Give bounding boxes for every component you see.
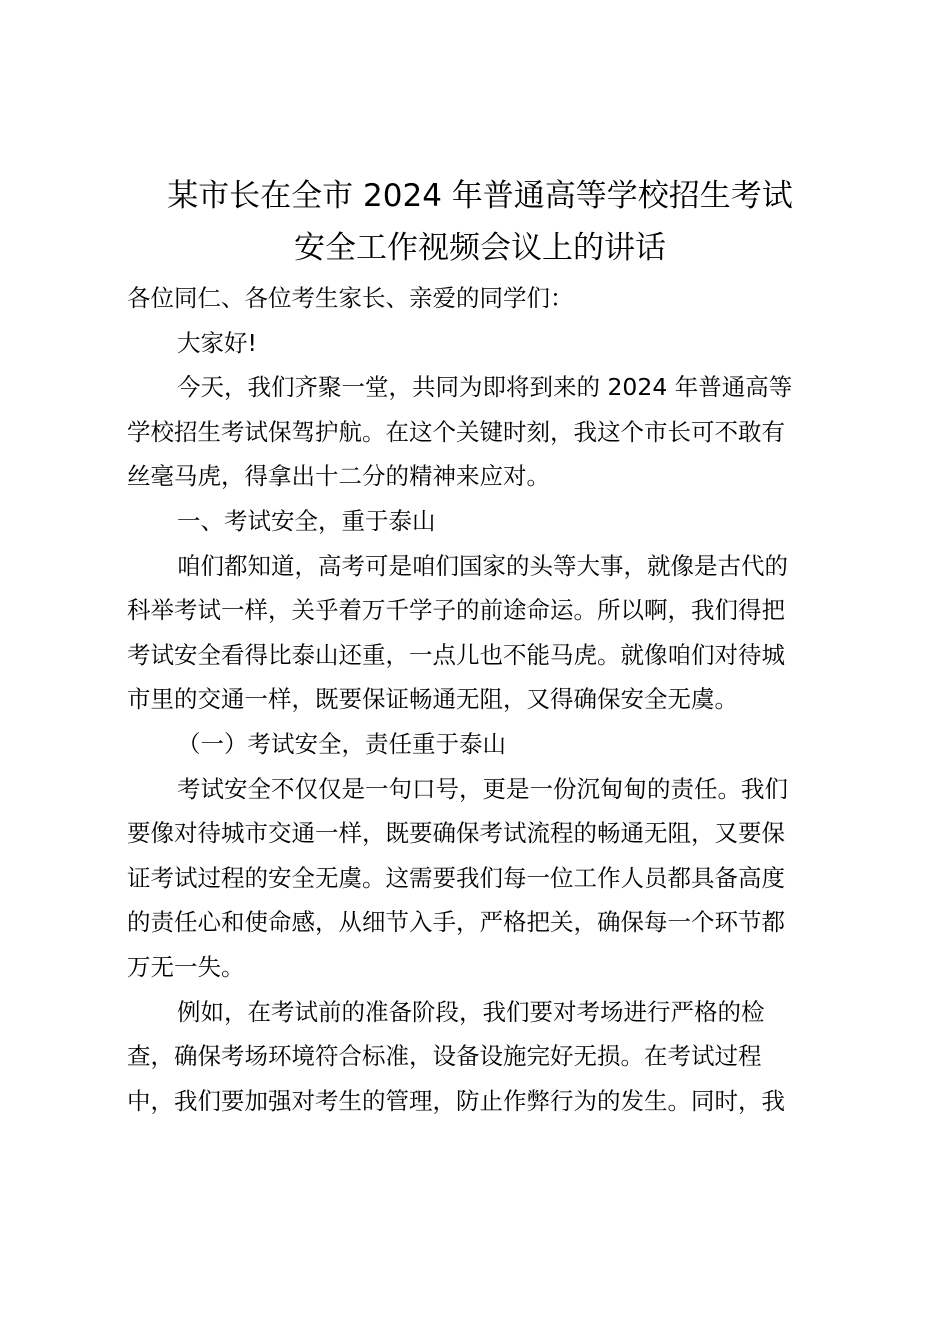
paragraph-line: 丝毫马虎，得拿出十二分的精神来应对。	[127, 454, 833, 499]
paragraph-line: 今天，我们齐聚一堂，共同为即将到来的 2024 年普通高等	[127, 365, 833, 410]
paragraph-line: 科举考试一样，关乎着万千学子的前途命运。所以啊，我们得把	[127, 588, 833, 633]
paragraph-responsibility: 考试安全不仅仅是一句口号，更是一份沉甸甸的责任。我们 要像对待城市交通一样，既要…	[127, 767, 833, 990]
document-title: 某市长在全市 2024 年普通高等学校招生考试 安全工作视频会议上的讲话	[127, 170, 833, 274]
paragraph-section-1: 咱们都知道，高考可是咱们国家的头等大事，就像是古代的 科举考试一样，关乎着万千学…	[127, 544, 833, 722]
paragraph-line: 万无一失。	[127, 945, 833, 990]
paragraph-line: 考试安全不仅仅是一句口号，更是一份沉甸甸的责任。我们	[127, 767, 833, 812]
paragraph-line: 中，我们要加强对考生的管理，防止作弊行为的发生。同时，我	[127, 1079, 833, 1124]
document-body: 各位同仁、各位考生家长、亲爱的同学们： 大家好! 今天，我们齐聚一堂，共同为即将…	[127, 276, 833, 1123]
paragraph-line: 的责任心和使命感，从细节入手，严格把关，确保每一个环节都	[127, 900, 833, 945]
paragraph-line: 要像对待城市交通一样，既要确保考试流程的畅通无阻，又要保	[127, 811, 833, 856]
subsection-heading-text: （一）考试安全，责任重于泰山	[177, 730, 506, 758]
section-heading-text: 一、考试安全，重于泰山	[177, 507, 436, 535]
greeting: 大家好!	[127, 321, 833, 366]
paragraph-line: 学校招生考试保驾护航。在这个关键时刻，我这个市长可不敢有	[127, 410, 833, 455]
salutation: 各位同仁、各位考生家长、亲爱的同学们：	[127, 276, 833, 321]
section-heading-1: 一、考试安全，重于泰山	[127, 499, 833, 544]
salutation-text: 各位同仁、各位考生家长、亲爱的同学们：	[127, 276, 833, 321]
paragraph-line: 咱们都知道，高考可是咱们国家的头等大事，就像是古代的	[127, 544, 833, 589]
paragraph-line: 市里的交通一样，既要保证畅通无阻，又得确保安全无虞。	[127, 677, 833, 722]
document-page: 某市长在全市 2024 年普通高等学校招生考试 安全工作视频会议上的讲话 各位同…	[127, 170, 833, 1123]
paragraph-line: 证考试过程的安全无虞。这需要我们每一位工作人员都具备高度	[127, 856, 833, 901]
paragraph-intro: 今天，我们齐聚一堂，共同为即将到来的 2024 年普通高等 学校招生考试保驾护航…	[127, 365, 833, 499]
greeting-text: 大家好!	[177, 329, 257, 357]
subsection-heading-1: （一）考试安全，责任重于泰山	[127, 722, 833, 767]
paragraph-example: 例如，在考试前的准备阶段，我们要对考场进行严格的检 查，确保考场环境符合标准，设…	[127, 990, 833, 1124]
paragraph-line: 考试安全看得比泰山还重，一点儿也不能马虎。就像咱们对待城	[127, 633, 833, 678]
title-line-1: 某市长在全市 2024 年普通高等学校招生考试	[127, 170, 833, 222]
paragraph-line: 查，确保考场环境符合标准，设备设施完好无损。在考试过程	[127, 1034, 833, 1079]
paragraph-line: 例如，在考试前的准备阶段，我们要对考场进行严格的检	[127, 990, 833, 1035]
title-line-2: 安全工作视频会议上的讲话	[127, 222, 833, 274]
